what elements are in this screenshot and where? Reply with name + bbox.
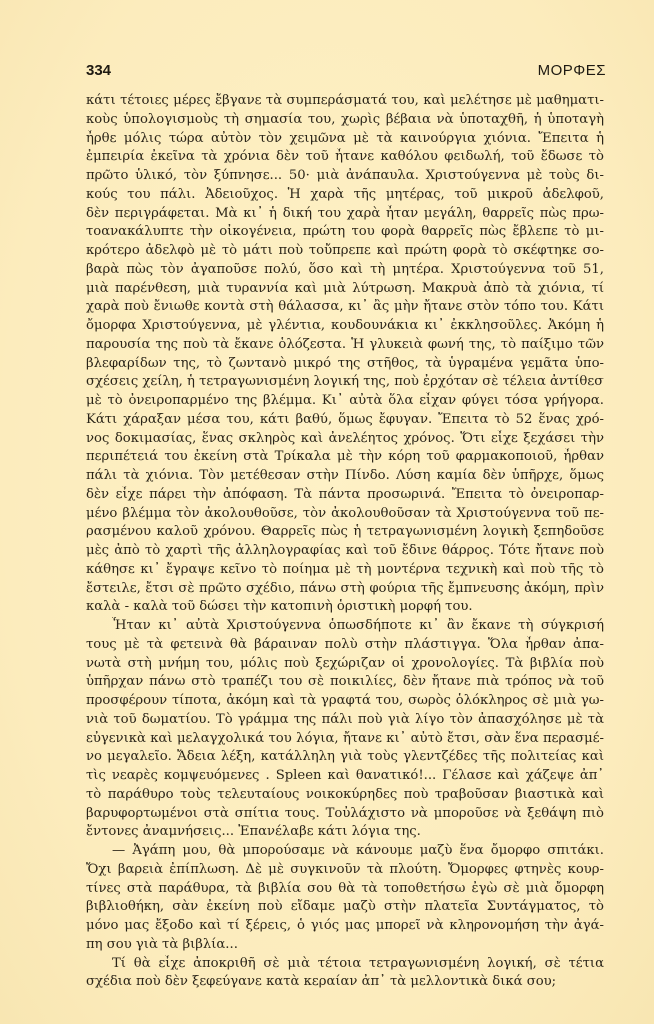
text-line: Τί θὰ εἶχε ἀποκριθῆ σὲ μιὰ τέτοια τετραγ… <box>86 955 604 974</box>
text-line: εὐγενικὰ καὶ μελαγχολικά του λόγια, ἤταν… <box>86 730 604 749</box>
text-line: μένο βλέμμα τὸν ἀκολουθοῦσε, τὸν ἀκολουθ… <box>86 505 604 524</box>
text-line: πη σου γιὰ τὰ βιβλία... <box>86 936 604 955</box>
text-line: δὲν περιγράφεται. Μὰ κι᾿ ἡ δική του χαρὰ… <box>86 205 604 224</box>
text-line: ὑπῆρχαν πάνω στὸ τραπέζι του σὲ ποικιλίε… <box>86 673 604 692</box>
text-line: Ἦταν κι᾿ αὐτὰ Χριστούγεννα ὁπωσδήποτε κι… <box>86 617 604 636</box>
text-line: μὲ τὸ ὀνειροπαρμένο της βλέμμα. Κι᾿ αὐτὰ… <box>86 392 604 411</box>
text-line: βαρὰ πὼς τὸν ἀγαποῦσε πολύ, ὅσο καὶ τὴ μ… <box>86 261 604 280</box>
text-line: ἔστειλε, ἔτσι σὲ πρῶτο σχέδιο, πάνω στὴ … <box>86 580 604 599</box>
text-line: κάτι τέτοιες μέρες ἔβγανε τὰ συμπεράσματ… <box>86 92 604 111</box>
text-line: κάθησε κι᾿ ἔγραψε κεῖνο τὸ ποίημα μὲ τὴ … <box>86 561 604 580</box>
text-line: Κάτι χάραξαν μέσα του, κάτι βαθύ, ὅμως ἔ… <box>86 411 604 430</box>
text-line: νος δοκιμασίας, ἕνας σκληρὸς καὶ ἀνελέητ… <box>86 430 604 449</box>
text-line: ἦρθε μόλις τώρα αὐτὸν τὸν χειμῶνα μὲ τὰ … <box>86 130 604 149</box>
text-line: σχέδια ποὺ δὲν ξεφεύγανε κατὰ κεραίαν ἀπ… <box>86 973 604 992</box>
text-line: νωτὰ στὴ μνήμη του, μόλις ποὺ ξεχώριζαν … <box>86 655 604 674</box>
text-line: — Ἀγάπη μου, θὰ μπορούσαμε νὰ κάνουμε μα… <box>86 842 604 861</box>
text-line: καλὰ - καλὰ τοῦ δώσει τὴν κατοπινὴ ὁριστ… <box>86 598 604 617</box>
text-line: Ὄχι βαρειὰ ἐπίπλωση. Δὲ μὲ συγκινοῦν τὰ … <box>86 861 604 880</box>
text-line: παρουσία της ποὺ τὰ ἔκανε ὁλόζεστα. Ἡ γλ… <box>86 336 604 355</box>
text-line: μόνο μας ἔξοδο καὶ τί ξέρεις, ὁ γιός μας… <box>86 917 604 936</box>
running-title: ΜΟΡΦΕΣ <box>538 62 606 79</box>
text-line: νο μεγαλεῖο. Ἄδεια λέξη, κατάλληλη γιὰ τ… <box>86 748 604 767</box>
text-line: ἔντονες ἀναμνήσεις... Ἐπανέλαβε κάτι λόγ… <box>86 823 604 842</box>
text-line: τους μὲ τὰ φετεινὰ θὰ βάραιναν πολὺ στὴν… <box>86 636 604 655</box>
text-line: χαρὰ ποὺ ἔνιωθε κοντὰ στὴ θάλασσα, κι᾿ ἂ… <box>86 298 604 317</box>
text-line: κρότερο ἀδελφὸ μὲ τὸ μάτι ποὺ τοὔπρεπε κ… <box>86 242 604 261</box>
text-line: προσφέρουν τίποτα, ἀκόμη καὶ τὰ γραφτά τ… <box>86 692 604 711</box>
text-line: πρῶτο ὑλικό, τὸν ξύπνησε... 50· μιὰ ἀνάπ… <box>86 167 604 186</box>
text-line: βαρυφορτωμένοι στὰ σπίτια τους. Τοὐλάχισ… <box>86 805 604 824</box>
text-line: μιὰ παρένθεση, μιὰ τυραννία καὶ μιὰ λύτρ… <box>86 280 604 299</box>
page-number: 334 <box>86 62 111 79</box>
page-header: 334 ΜΟΡΦΕΣ <box>86 62 606 82</box>
text-line: βιβλιοθήκη, σὰν ἐκείνη ποὺ εἴδαμε μαζὺ σ… <box>86 898 604 917</box>
body-text: κάτι τέτοιες μέρες ἔβγανε τὰ συμπεράσματ… <box>86 92 604 992</box>
text-line: τὸ παράθυρο τοὺς τελευταίους νοικοκύρηδε… <box>86 786 604 805</box>
text-line: τὶς νεαρὲς κομψευόμενες . Spleen καὶ θαν… <box>86 767 604 786</box>
text-line: περιπέτειά του ἐκείνη στὰ Τρίκαλα μὲ τὴν… <box>86 448 604 467</box>
text-line: τίνες στὰ παράθυρα, τὰ βιβλία σου θὰ τὰ … <box>86 880 604 899</box>
book-page: 334 ΜΟΡΦΕΣ κάτι τέτοιες μέρες ἔβγανε τὰ … <box>0 0 654 1024</box>
text-line: σχέσεις χείλη, ἡ τετραγωνισμένη λογική τ… <box>86 373 604 392</box>
text-line: ὄμορφα Χριστούγεννα, μὲ γλέντια, κουδουν… <box>86 317 604 336</box>
text-line: πάλι τὰ χιόνια. Τὸν μετέθεσαν στὴν Πίνδο… <box>86 467 604 486</box>
text-line: κούς του πάλι. Ἀδειοῦχος. Ἡ χαρὰ τῆς μητ… <box>86 186 604 205</box>
text-line: μὲς ἀπὸ τὸ χαρτὶ τῆς ἀλληλογραφίας καὶ τ… <box>86 542 604 561</box>
text-line: τοανακάλυπτε τὴν οἰκογένεια, πρώτη του φ… <box>86 223 604 242</box>
text-line: ρασμένου καλοῦ χρόνου. Θαρρεῖς πὼς ἡ τετ… <box>86 523 604 542</box>
text-line: ἐμπειρία ἐκεῖνα τὰ χρόνια δὲν τοῦ ἦτανε … <box>86 148 604 167</box>
text-line: κοὺς ὑπολογισμοὺς τὴ σημασία του, χωρὶς … <box>86 111 604 130</box>
text-line: δὲν εἶχε πάρει τὴν ἀπόφαση. Τὰ πάντα προ… <box>86 486 604 505</box>
text-line: νιὰ τοῦ δωματίου. Τὸ γράμμα της πάλι ποὺ… <box>86 711 604 730</box>
text-line: βλεφαρίδων της, τὸ ζωντανὸ μικρό της στῆ… <box>86 355 604 374</box>
